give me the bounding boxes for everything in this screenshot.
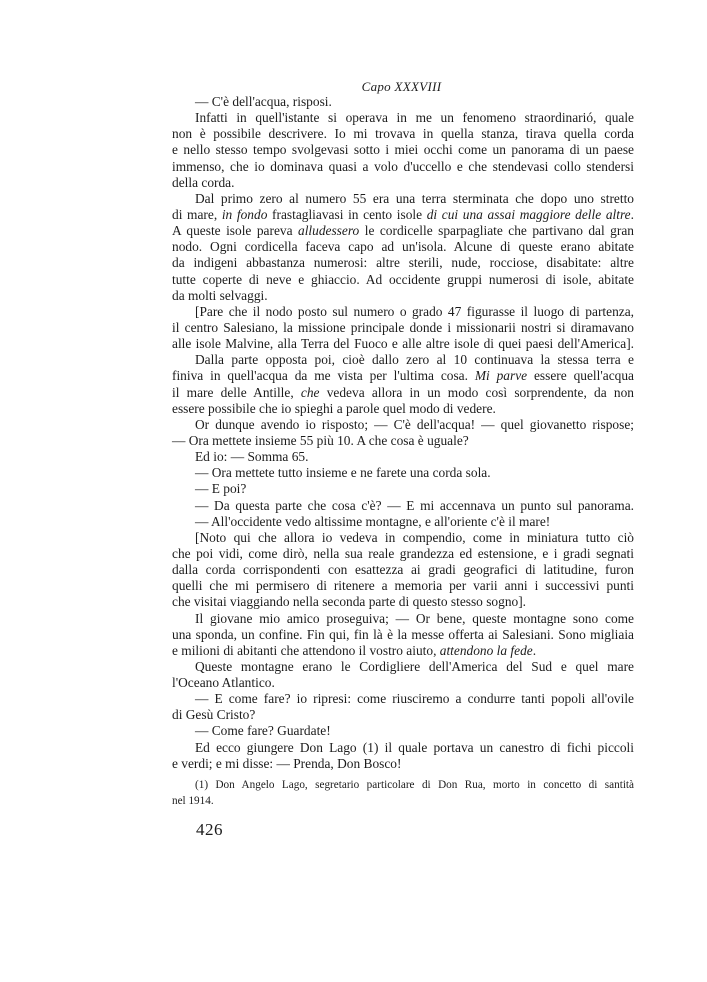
text-line: — E poi? <box>172 481 634 497</box>
text-line: Infatti in quell'istante si operava in m… <box>172 110 634 126</box>
text-line: tutte coperte di neve e ghiaccio. Ad occ… <box>172 272 634 288</box>
text-run: vedeva allora in un modo così sorprenden… <box>320 385 635 400</box>
footnote: (1) Don Angelo Lago, segretario particol… <box>172 778 634 809</box>
text-line: il centro Salesiano, la missione princip… <box>172 320 634 336</box>
text-run: essere quell'acqua <box>527 368 634 383</box>
text-line: l'Oceano Atlantico. <box>172 675 634 691</box>
italic-text: che <box>301 385 320 400</box>
text-line: Ed io: — Somma 65. <box>172 449 634 465</box>
italic-text: di cui una assai maggiore delle altre <box>427 207 631 222</box>
footnote-line: nel 1914. <box>172 794 634 810</box>
text-line: — E come fare? io ripresi: come riuscire… <box>172 691 634 707</box>
text-run: il mare delle Antille, <box>172 385 301 400</box>
text-line: Ed ecco giungere Don Lago (1) il quale p… <box>172 740 634 756</box>
italic-text: in fondo <box>222 207 268 222</box>
italic-text: Mi parve <box>475 368 527 383</box>
text-line: che poi vidi, come dirò, nella sua reale… <box>172 546 634 562</box>
text-line: Il giovane mio amico proseguiva; — Or be… <box>172 611 634 627</box>
text-line: alle isole Malvine, alla Terra del Fuoco… <box>172 336 634 352</box>
body-text: — C'è dell'acqua, risposi.Infatti in que… <box>172 94 634 772</box>
text-line: Queste montagne erano le Cordigliere del… <box>172 659 634 675</box>
text-line: Dal primo zero al numero 55 era una terr… <box>172 191 634 207</box>
text-line: — Ora mettete insieme 55 più 10. A che c… <box>172 433 634 449</box>
text-run: frastagliavasi in cento isole <box>267 207 426 222</box>
text-line: che visitai viaggiando nella seconda par… <box>172 594 634 610</box>
text-line: Dalla parte opposta poi, cioè dallo zero… <box>172 352 634 368</box>
text-line: di mare, in fondo frastagliavasi in cent… <box>172 207 634 223</box>
text-run: di mare, <box>172 207 222 222</box>
text-run: . <box>533 643 536 658</box>
text-line: — Come fare? Guardate! <box>172 723 634 739</box>
text-line: finiva in quell'acqua da me vista per l'… <box>172 368 634 384</box>
text-line: — C'è dell'acqua, risposi. <box>172 94 634 110</box>
text-line: A queste isole pareva alludessero le cor… <box>172 223 634 239</box>
text-line: e milioni di abitanti che attendono il v… <box>172 643 634 659</box>
footnote-line: (1) Don Angelo Lago, segretario particol… <box>172 778 634 794</box>
text-line: — All'occidente vedo altissime montagne,… <box>172 514 634 530</box>
text-run: A queste isole pareva <box>172 223 298 238</box>
text-line: e verdi; e mi disse: — Prenda, Don Bosco… <box>172 756 634 772</box>
page-number: 426 <box>196 820 223 840</box>
text-line: essere possibile che io spieghi a parole… <box>172 401 634 417</box>
text-run: e milioni di abitanti che attendono il v… <box>172 643 440 658</box>
text-line: non è possibile descrivere. Io mi trovav… <box>172 126 634 142</box>
text-line: della corda. <box>172 175 634 191</box>
text-line: dalla corda corrispondenti con esattezza… <box>172 562 634 578</box>
text-line: [Noto qui che allora io vedeva in compen… <box>172 530 634 546</box>
text-line: quelli che mi permisero di ritenere a me… <box>172 578 634 594</box>
text-line: il mare delle Antille, che vedeva allora… <box>172 385 634 401</box>
text-line: da molti selvaggi. <box>172 288 634 304</box>
text-line: nodo. Ogni cordicella faceva capo ad un'… <box>172 239 634 255</box>
italic-text: attendono la fede <box>440 643 533 658</box>
text-line: immenso, che io dominava quasi a volo d'… <box>172 159 634 175</box>
text-line: — Ora mettete tutto insieme e ne farete … <box>172 465 634 481</box>
text-run: . <box>631 207 634 222</box>
text-line: [Pare che il nodo posto sul numero o gra… <box>172 304 634 320</box>
text-line: e nello stesso tempo svolgevasi sotto i … <box>172 142 634 158</box>
text-run: finiva in quell'acqua da me vista per l'… <box>172 368 475 383</box>
italic-text: alludessero <box>298 223 359 238</box>
text-line: di Gesù Cristo? <box>172 707 634 723</box>
running-header: Capo XXXVIII <box>0 79 707 95</box>
text-line: Or dunque avendo io risposto; — C'è dell… <box>172 417 634 433</box>
book-page: Capo XXXVIII — C'è dell'acqua, risposi.I… <box>0 0 707 982</box>
text-line: da indigeni abbastanza numerosi: altre s… <box>172 255 634 271</box>
text-line: — Da questa parte che cosa c'è? — E mi a… <box>172 498 634 514</box>
text-run: le cordicelle sparpagliate che partivano… <box>359 223 634 238</box>
text-line: una sponda, un confine. Fin qui, fin là … <box>172 627 634 643</box>
